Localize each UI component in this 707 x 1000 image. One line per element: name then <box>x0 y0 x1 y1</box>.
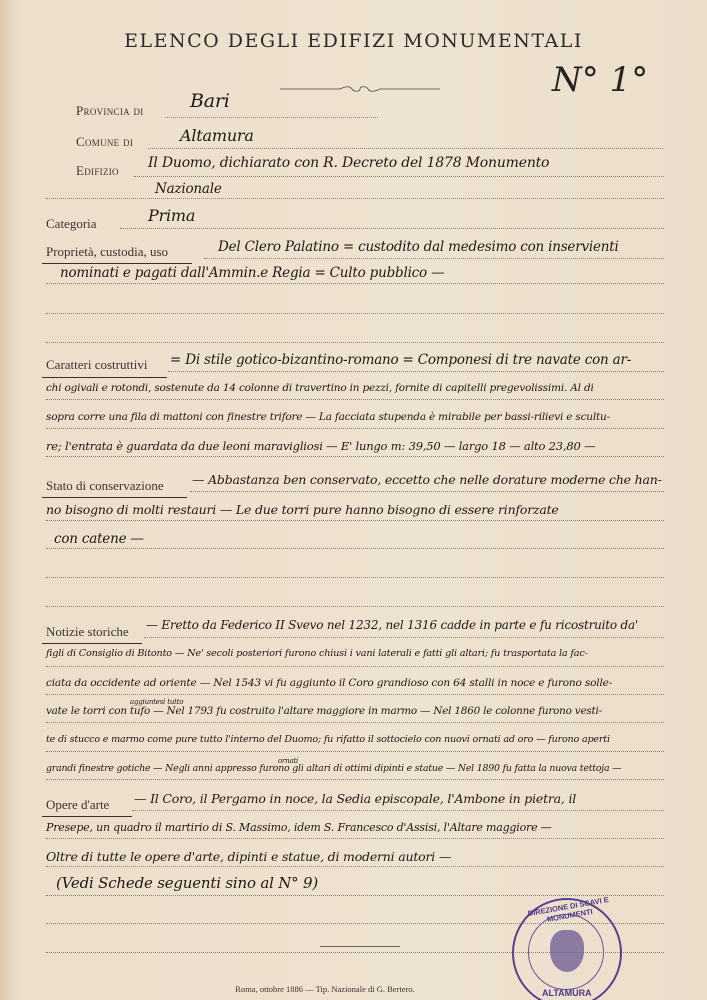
document-number: N° 1° <box>552 60 648 100</box>
notizie-value-2: figli di Consiglio di Bitonto — Ne' seco… <box>46 648 588 659</box>
official-stamp: DIREZIONE DI SCAVI E MONUMENTI ALTAMURA <box>512 898 622 1000</box>
notizie-underline <box>42 643 142 644</box>
comune-line <box>148 148 663 149</box>
notizie-line-1 <box>144 637 664 638</box>
document-page: ELENCO DEGLI EDIFIZI MONUMENTALI N° 1° P… <box>0 0 707 1000</box>
opere-underline <box>42 816 132 817</box>
provincia-label: Provincia di <box>76 103 144 119</box>
opere-value-2: Presepe, un quadro il martirio di S. Mas… <box>46 821 551 834</box>
coat-of-arms-icon <box>550 930 584 972</box>
caratteri-label: Caratteri costruttivi <box>46 357 147 373</box>
caratteri-line-3 <box>46 428 664 429</box>
proprieta-underline <box>42 263 192 264</box>
notizie-value-4: vate le torri con tufo — Nel 1793 fu cos… <box>46 705 602 717</box>
comune-value: Altamura <box>180 126 254 145</box>
stato-line-1 <box>190 491 664 492</box>
edifizio-label: Edifizio <box>76 163 119 179</box>
notizie-line-4 <box>46 722 664 723</box>
notizie-value-5: te di stucco e marmo come pure tutto l'i… <box>46 734 610 745</box>
stamp-text-bottom: ALTAMURA <box>542 988 592 998</box>
stato-line-4 <box>46 577 664 578</box>
proprieta-label: Proprietà, custodia, uso <box>46 244 168 260</box>
opere-label: Opere d'arte <box>46 797 109 813</box>
notizie-line-5 <box>46 751 664 752</box>
notizie-value-3: ciata da occidente ad oriente — Nel 1543… <box>46 677 612 689</box>
notizie-line-6 <box>46 779 664 780</box>
title-ornament-icon <box>280 84 440 94</box>
categoria-line <box>120 228 664 229</box>
stato-line-3 <box>46 548 664 549</box>
stato-label: Stato di conservazione <box>46 478 164 494</box>
document-title: ELENCO DEGLI EDIFIZI MONUMENTALI <box>0 30 707 52</box>
categoria-value: Prima <box>148 206 195 225</box>
stato-value-1: — Abbastanza ben conservato, eccetto che… <box>192 472 662 487</box>
footer-rule <box>320 946 400 947</box>
edifizio-line-1 <box>134 176 664 177</box>
opere-value-3: Oltre di tutte le opere d'arte, dipinti … <box>46 849 451 864</box>
proprieta-line-1 <box>204 258 664 259</box>
notizie-line-2 <box>46 666 664 667</box>
opere-value-1: — Il Coro, il Pergamo in noce, la Sedia … <box>134 791 576 806</box>
opere-line-1 <box>132 810 664 811</box>
caratteri-value-2: chi ogivali e rotondi, sostenute da 14 c… <box>46 382 594 394</box>
notizie-value-1: — Eretto da Federico II Svevo nel 1232, … <box>146 618 638 632</box>
caratteri-line-1 <box>168 371 664 372</box>
caratteri-value-1: = Di stile gotico-bizantino-romano = Com… <box>170 352 631 368</box>
stato-value-3: con catene — <box>54 531 144 547</box>
opere-value-4: (Vedi Schede seguenti sino al N° 9) <box>56 874 318 892</box>
stato-underline <box>42 497 187 498</box>
notizie-label: Notizie storiche <box>46 624 129 640</box>
provincia-line <box>165 117 378 118</box>
edifizio-value-1: Il Duomo, dichiarato con R. Decreto del … <box>148 155 549 171</box>
proprieta-value-1: Del Clero Palatino = custodito dal medes… <box>218 239 619 255</box>
caratteri-underline <box>42 377 167 378</box>
caratteri-line-4 <box>46 456 664 457</box>
provincia-value: Bari <box>190 90 230 112</box>
opere-line-2 <box>46 838 664 839</box>
stato-line-2 <box>46 520 664 521</box>
opere-line-4 <box>46 895 664 896</box>
categoria-label: Categoria <box>46 216 97 232</box>
proprieta-line-4 <box>46 342 664 343</box>
notizie-line-3 <box>46 694 664 695</box>
stato-line-5 <box>46 606 664 607</box>
edifizio-value-2: Nazionale <box>155 181 222 197</box>
opere-line-3 <box>46 866 664 867</box>
proprieta-line-3 <box>46 313 664 314</box>
caratteri-line-2 <box>46 399 664 400</box>
edifizio-line-2 <box>46 198 664 199</box>
stato-value-2: no bisogno di molti restauri — Le due to… <box>46 502 559 517</box>
notizie-value-6: grandi finestre gotiche — Negli anni app… <box>46 763 621 774</box>
caratteri-value-3: sopra corre una fila di mattoni con fine… <box>46 411 610 423</box>
comune-label: Comune di <box>76 134 133 150</box>
caratteri-value-4: re; l'entrata è guardata da due leoni ma… <box>46 439 595 453</box>
proprieta-value-2: nominati e pagati dall'Ammin.e Regia = C… <box>60 265 444 281</box>
proprieta-line-2 <box>46 283 664 284</box>
